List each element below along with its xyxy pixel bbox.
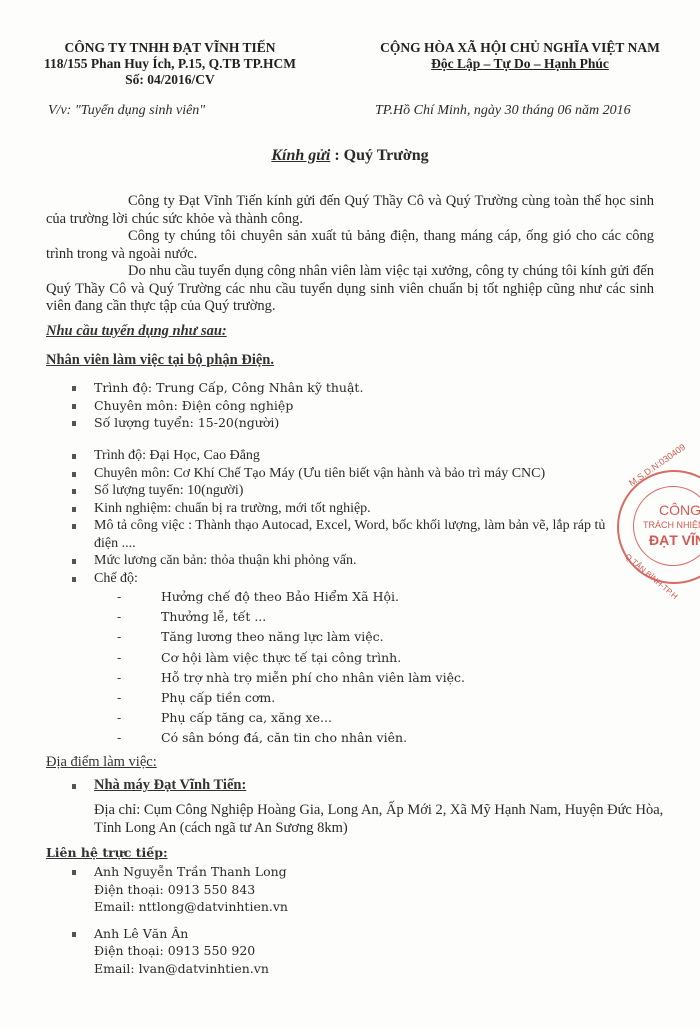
benefit-item: Hưởng chế độ theo Bảo Hiểm Xã Hội. [117,587,537,607]
intro-body: Công ty Đạt Vĩnh Tiến kính gửi đến Quý T… [46,193,654,316]
benefit-item: Có sân bóng đá, căn tin cho nhân viên. [117,728,537,748]
stamp-line-1: CÔNG [659,502,700,518]
list-item: Chế độ: [68,570,628,588]
department-heading: Nhân viên làm việc tại bộ phận Điện. [46,352,274,369]
benefit-item: Phụ cấp tăng ca, xăng xe... [117,708,537,728]
stamp-line-2: TRÁCH NHIỆM [643,520,700,530]
list-item: Trình độ: Trung Cấp, Công Nhân kỹ thuật. [68,379,628,397]
list-item: Số lượng tuyển: 15-20(người) [68,414,628,432]
company-address: 118/155 Phan Huy Ích, P.15, Q.TB TP.HCM [20,56,320,72]
requirements-group-2: Trình độ: Đại Học, Cao Đẳng Chuyên môn: … [68,447,628,587]
contact-heading: Liên hệ trực tiếp: [46,845,168,860]
contact-email: Email: lvan@datvinhtien.vn [94,960,468,978]
factory-address: Địa chỉ: Cụm Công Nghiệp Hoàng Gia, Long… [68,801,668,837]
greeting-prefix: Kính gửi [271,147,330,164]
list-item: Mức lương căn bản: thỏa thuận khi phỏng … [68,552,628,570]
company-header: CÔNG TY TNHH ĐẠT VĨNH TIẾN 118/155 Phan … [20,40,320,88]
list-item: Trình độ: Đại Học, Cao Đẳng [68,447,628,465]
subject-line: V/v: "Tuyển dụng sinh viên" [48,103,205,119]
national-motto: Độc Lập – Tự Do – Hạnh Phúc [370,56,670,72]
benefit-item: Tăng lương theo năng lực làm việc. [117,627,537,647]
stamp-line-3: ĐẠT VĨNH [649,532,700,548]
greeting-separator: : [330,147,343,164]
contact-name: Anh Lê Văn Ân [94,925,468,943]
list-item: Chuyên môn: Cơ Khí Chế Tạo Máy (Ưu tiên … [68,465,628,483]
document-number: Số: 04/2016/CV [20,72,320,88]
location-heading: Địa điểm làm việc: [46,754,157,771]
needs-heading: Nhu cầu tuyển dụng như sau: [46,323,227,340]
location-block: Nhà máy Đạt Vĩnh Tiến: Địa chỉ: Cụm Công… [68,777,668,837]
benefit-item: Phụ cấp tiền cơm. [117,688,537,708]
contact-phone: Điện thoại: 0913 550 843 [94,881,468,899]
factory-name: Nhà máy Đạt Vĩnh Tiến: [68,777,668,795]
greeting: Kính gửi : Quý Trường [0,147,700,165]
contact-name: Anh Nguyễn Trần Thanh Long [94,863,468,881]
intro-paragraph: Do nhu cầu tuyển dụng công nhân viên làm… [46,263,654,316]
contact-person: Anh Lê Văn Ân Điện thoại: 0913 550 920 E… [68,925,468,978]
requirements-group-1: Trình độ: Trung Cấp, Công Nhân kỹ thuật.… [68,379,628,432]
stamp-ring-text: M.S.D.N:030409 [627,442,687,488]
intro-paragraph: Công ty chúng tôi chuyên sản xuất tủ bản… [46,228,654,263]
contact-person: Anh Nguyễn Trần Thanh Long Điện thoại: 0… [68,863,468,916]
contact-email: Email: nttlong@datvinhtien.vn [94,898,468,916]
company-stamp: M.S.D.N:030409 CÔNG TRÁCH NHIỆM ĐẠT VĨNH… [617,470,700,584]
country-title: CỘNG HÒA XÃ HỘI CHỦ NGHĨA VIỆT NAM [370,40,670,56]
list-item: Số lượng tuyển: 10(người) [68,482,628,500]
list-item: Mô tả công việc : Thành thạo Autocad, Ex… [68,517,628,552]
benefit-item: Cơ hội làm việc thực tế tại công trình. [117,648,537,668]
list-item: Kinh nghiệm: chuẩn bị ra trường, mới tốt… [68,500,628,518]
company-name: CÔNG TY TNHH ĐẠT VĨNH TIẾN [20,40,320,56]
national-header: CỘNG HÒA XÃ HỘI CHỦ NGHĨA VIỆT NAM Độc L… [370,40,670,72]
intro-paragraph: Công ty Đạt Vĩnh Tiến kính gửi đến Quý T… [46,193,654,228]
date-line: TP.Hồ Chí Minh, ngày 30 tháng 06 năm 201… [375,103,631,119]
greeting-recipient: Quý Trường [344,147,429,164]
contact-list: Anh Nguyễn Trần Thanh Long Điện thoại: 0… [68,863,468,977]
benefits-list: Hưởng chế độ theo Bảo Hiểm Xã Hội. Thưởn… [117,587,537,749]
contact-phone: Điện thoại: 0913 550 920 [94,942,468,960]
benefit-item: Thưởng lễ, tết ... [117,607,537,627]
benefit-item: Hỗ trợ nhà trọ miễn phí cho nhân viên là… [117,668,537,688]
list-item: Chuyên môn: Điện công nghiệp [68,397,628,415]
